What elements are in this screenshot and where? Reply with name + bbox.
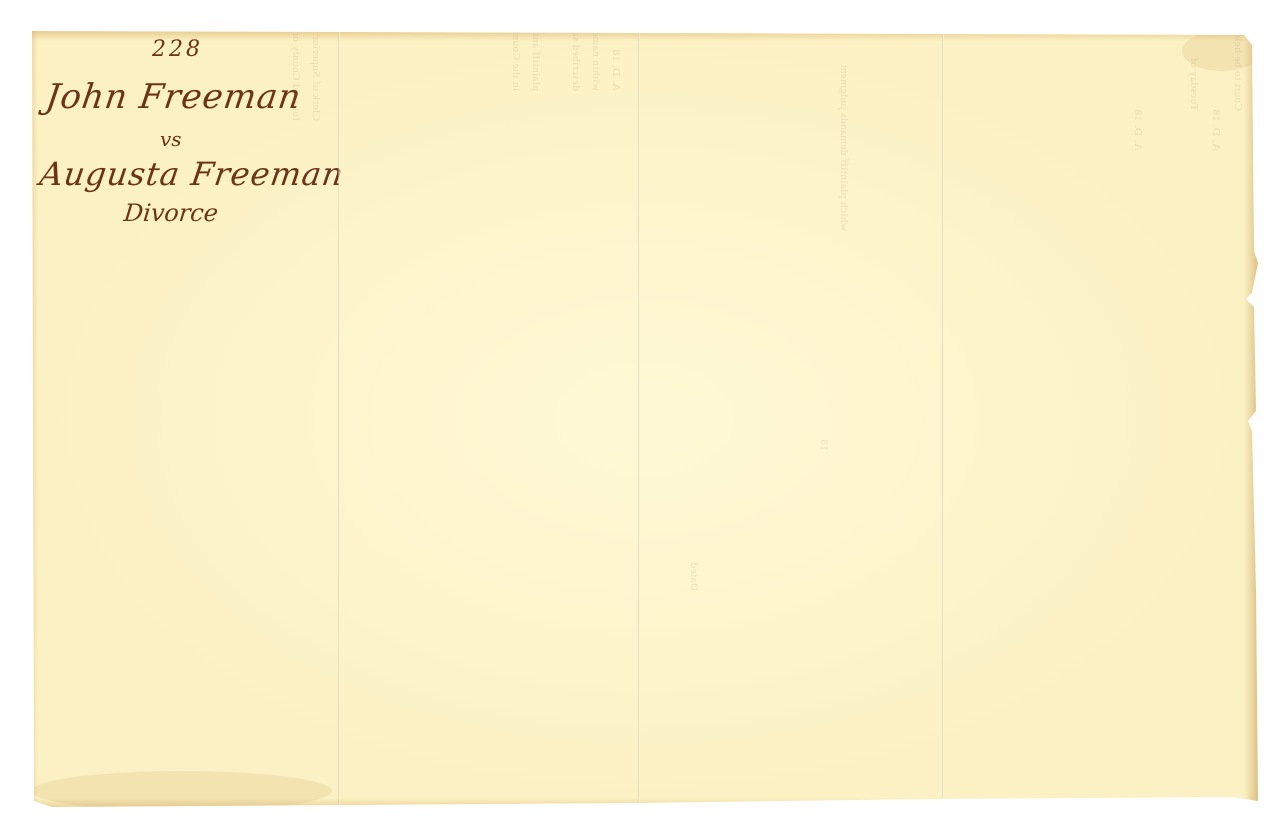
- panel-form-2: A. D. 18 within named of the proper Coun…: [340, 31, 638, 807]
- bleed-through-text: Tuesday of: [1188, 57, 1200, 111]
- panel-form-4: Court to be held at the County of New Ha…: [944, 31, 1258, 807]
- bleed-through-text: A. D. 18: [1132, 109, 1144, 151]
- bleed-through-text: in the County of the State aforesaid: [510, 0, 522, 91]
- document-sheet: 228 John Freeman vs Augusta Freeman Divo…: [32, 31, 1258, 807]
- bleed-through-text: plaintiff and the premises aforesaid: [530, 0, 542, 91]
- panel-docket: 228 John Freeman vs Augusta Freeman Divo…: [32, 31, 338, 807]
- bleed-through-text: which plaintiff demands judgment: [838, 64, 850, 231]
- docket-number: 228: [152, 37, 203, 62]
- case-type: Divorce: [123, 199, 220, 227]
- bleed-through-text: for said County on the day: [290, 0, 302, 121]
- bleed-through-text: Clerk of Superior Court: [310, 5, 322, 121]
- bleed-through-text: within named of the proper County: [590, 0, 602, 91]
- bleed-through-text: Court to be held at the County of New Ha…: [1232, 0, 1244, 111]
- defendant-name: Augusta Freeman: [37, 155, 346, 193]
- bleed-through-text: Dated: [688, 562, 700, 591]
- panel-form-3: which plaintiff demands judgment 18 Date…: [640, 31, 942, 807]
- plaintiff-name: John Freeman: [43, 77, 304, 117]
- bleed-through-text: A. D. 18: [610, 49, 622, 91]
- bleed-through-text: described said Court: [570, 0, 582, 91]
- versus-label: vs: [160, 127, 182, 151]
- bleed-through-text: A. D. 18: [1210, 109, 1222, 151]
- scan-canvas: 228 John Freeman vs Augusta Freeman Divo…: [0, 0, 1288, 837]
- bleed-through-text: 18: [818, 439, 830, 451]
